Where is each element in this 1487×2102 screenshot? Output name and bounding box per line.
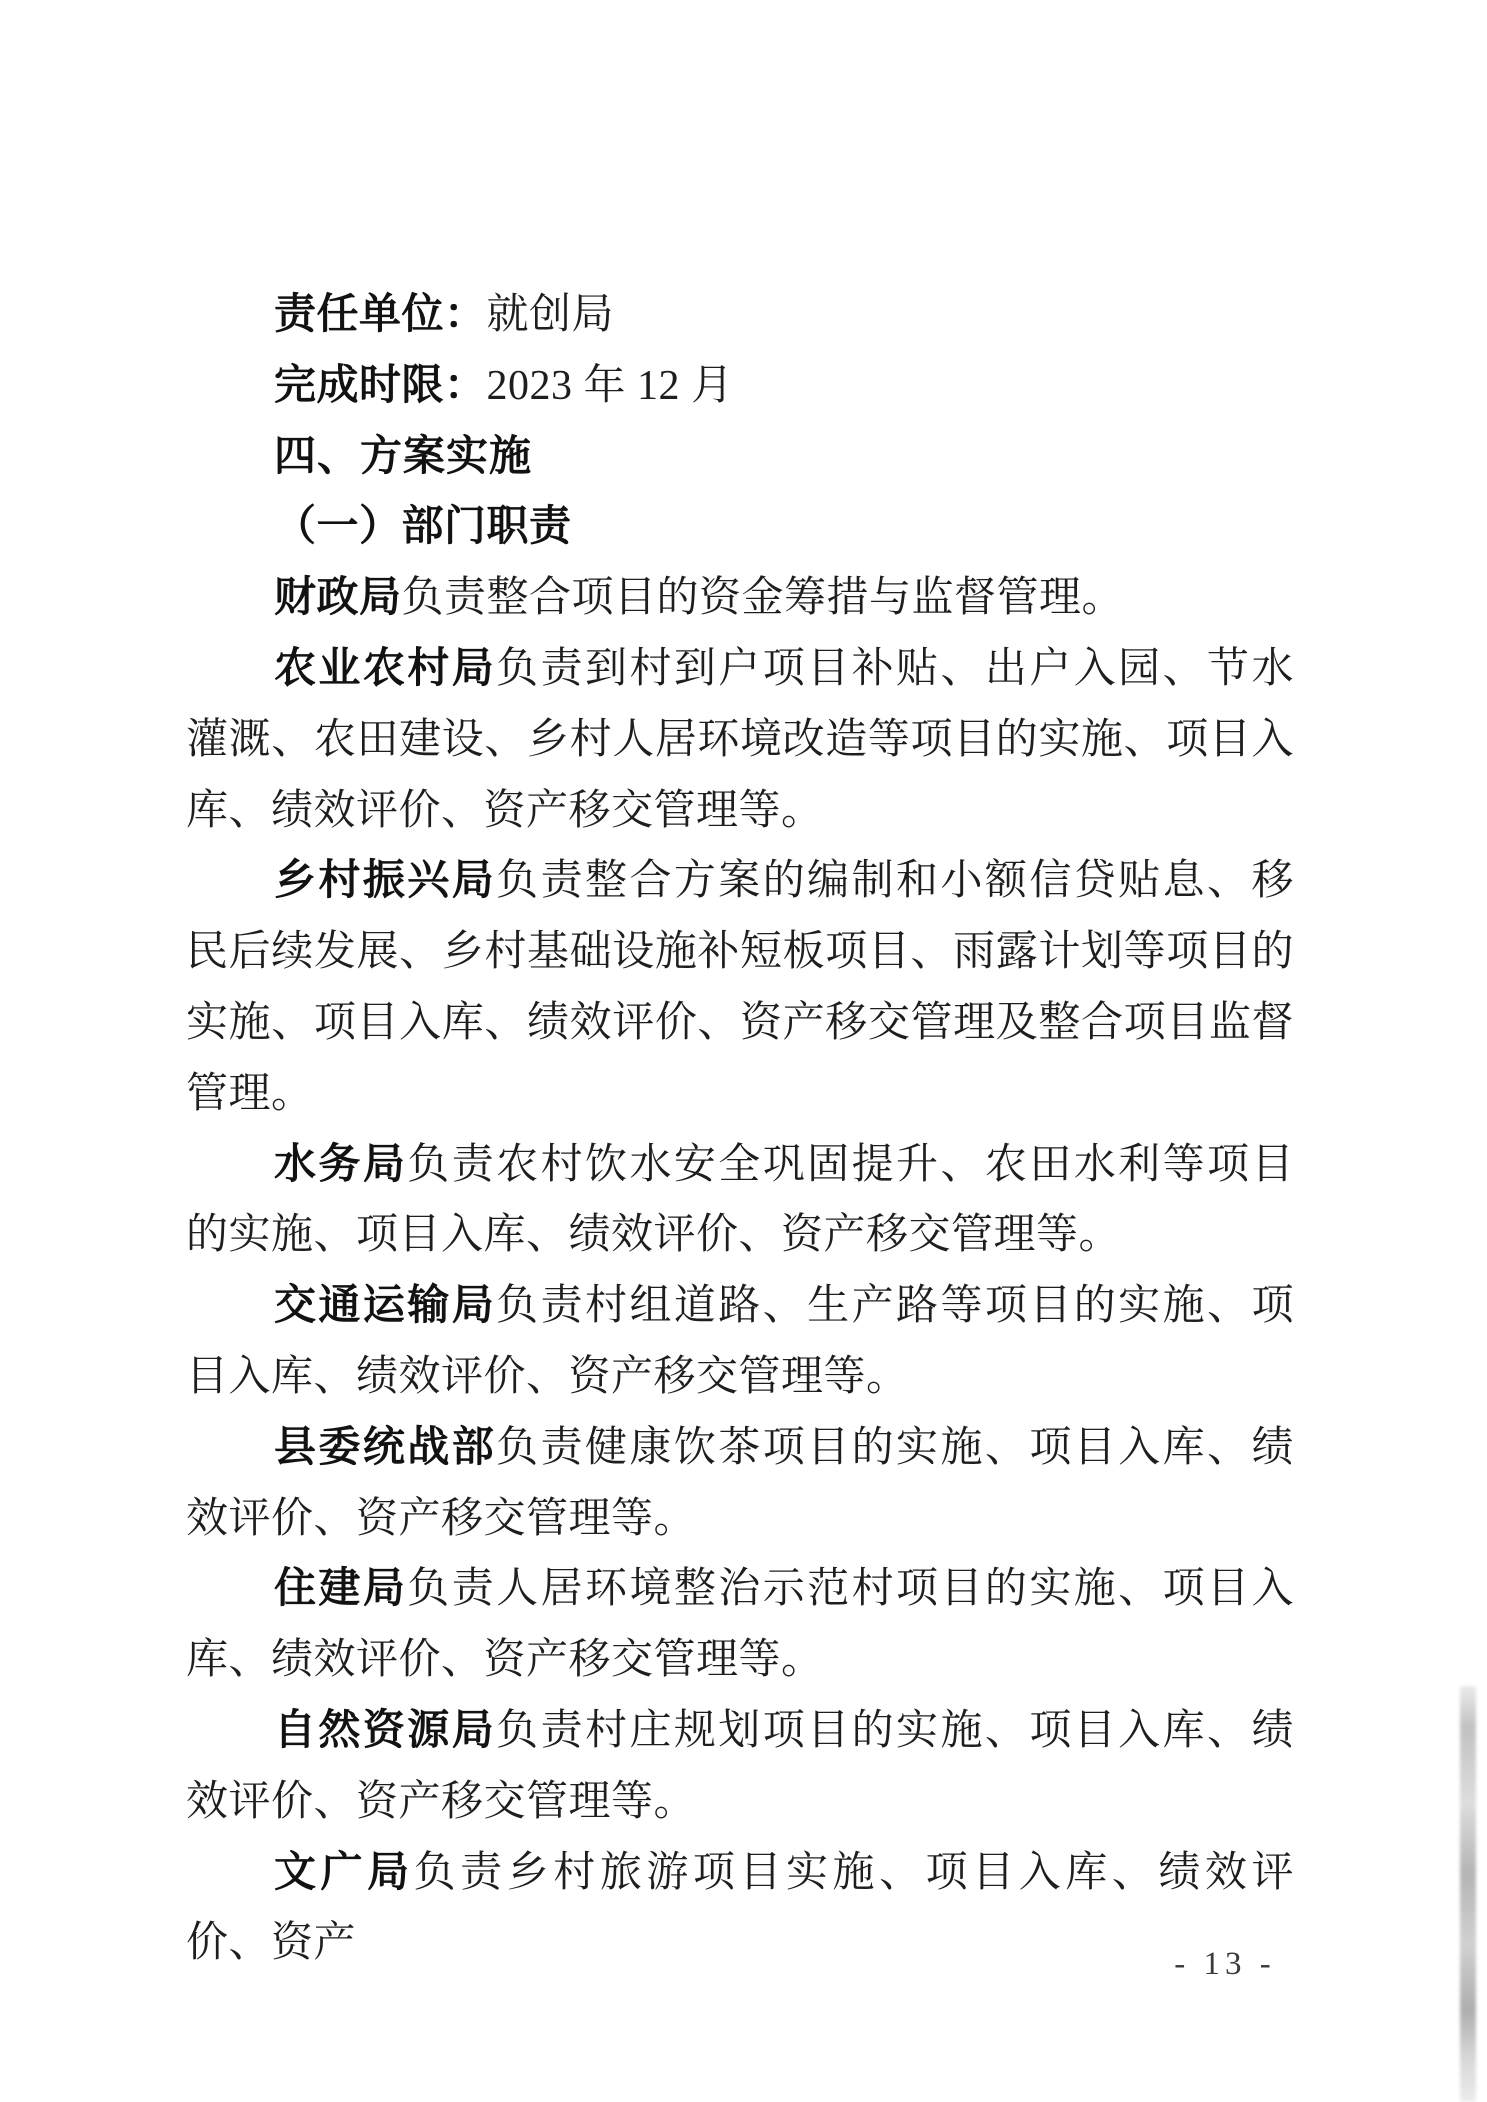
paragraph-0: 责任单位：就创局 [186,280,1294,351]
paragraph-lead-bold: 水务局 [274,1142,407,1188]
paragraph-text: 负责整合项目的资金筹措与监督管理。 [402,575,1125,621]
paragraph-6: 乡村振兴局负责整合方案的编制和小额信贷贴息、移民后续发展、乡村基础设施补短板项目… [186,846,1294,1129]
paragraph-lead-bold: 交通运输局 [274,1283,496,1329]
paragraph-lead-bold: 四、方案实施 [274,434,532,480]
paragraph-2: 四、方案实施 [186,422,1294,493]
document-body: 责任单位：就创局 完成时限：2023 年 12 月 四、方案实施 （一）部门职责… [186,280,1294,1979]
paragraph-lead-bold: 县委统战部 [274,1425,496,1471]
paragraph-lead-bold: 乡村振兴局 [274,858,496,904]
paragraph-8: 交通运输局负责村组道路、生产路等项目的实施、项目入库、绩效评价、资产移交管理等。 [186,1271,1294,1413]
paragraph-text: 2023 年 12 月 [487,363,734,409]
scan-artifact [1460,1686,1476,2102]
paragraph-lead-bold: （一）部门职责 [274,504,572,550]
paragraph-lead-bold: 自然资源局 [274,1708,496,1754]
paragraph-lead-bold: 完成时限： [274,363,487,409]
paragraph-9: 县委统战部负责健康饮茶项目的实施、项目入库、绩效评价、资产移交管理等。 [186,1413,1294,1555]
paragraph-lead-bold: 文广局 [274,1850,414,1896]
paragraph-12: 文广局负责乡村旅游项目实施、项目入库、绩效评价、资产 [186,1838,1294,1980]
paragraph-3: （一）部门职责 [186,492,1294,563]
paragraph-lead-bold: 农业农村局 [274,646,496,692]
page-number: - 13 - [1150,1946,1300,1983]
paragraph-10: 住建局负责人居环境整治示范村项目的实施、项目入库、绩效评价、资产移交管理等。 [186,1554,1294,1696]
paragraph-4: 财政局负责整合项目的资金筹措与监督管理。 [186,563,1294,634]
paragraph-lead-bold: 住建局 [274,1566,407,1612]
paragraph-lead-bold: 责任单位： [274,292,487,338]
document-page: 责任单位：就创局 完成时限：2023 年 12 月 四、方案实施 （一）部门职责… [0,0,1487,2102]
paragraph-5: 农业农村局负责到村到户项目补贴、出户入园、节水灌溉、农田建设、乡村人居环境改造等… [186,634,1294,846]
paragraph-lead-bold: 财政局 [274,575,402,621]
paragraph-7: 水务局负责农村饮水安全巩固提升、农田水利等项目的实施、项目入库、绩效评价、资产移… [186,1130,1294,1272]
paragraph-11: 自然资源局负责村庄规划项目的实施、项目入库、绩效评价、资产移交管理等。 [186,1696,1294,1838]
paragraph-text: 就创局 [487,292,615,338]
paragraph-1: 完成时限：2023 年 12 月 [186,351,1294,422]
